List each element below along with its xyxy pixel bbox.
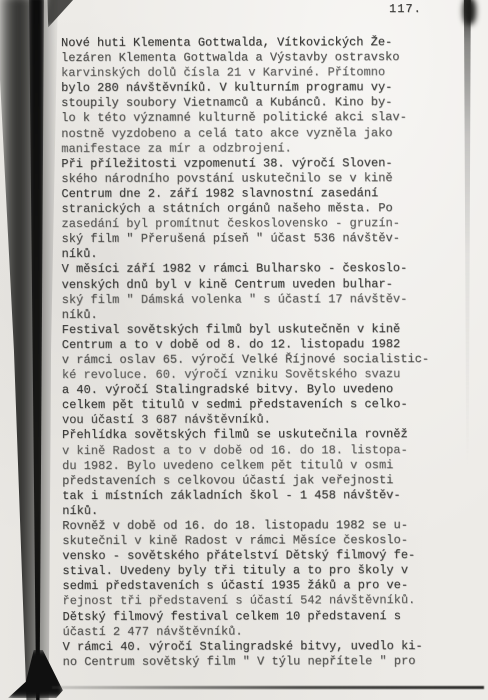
text-line: V rámci 40. výročí Stalingradské bitvy, … [63, 639, 443, 655]
text-line: karvinských dolů čísla 21 v Karviné. Pří… [61, 65, 441, 81]
text-line: nostně vyzdobeno a celá tato akce vyzněl… [61, 126, 441, 142]
text-line: níků. [62, 503, 442, 519]
text-line: ského národního povstání uskutečnilo se … [61, 171, 441, 187]
text-line: v rámci oslav 65. výročí Velké Říjnové s… [62, 352, 442, 368]
text-line: v kině Radost a to v době od 16. do 18. … [62, 443, 442, 459]
text-line: Festival sovětských filmů byl uskutečněn… [62, 322, 442, 338]
text-line: níků. [62, 246, 442, 262]
scanned-document-page: 117. Nové huti Klementa Gottwalda, Vítko… [0, 0, 488, 700]
text-line: účastí 2 477 návštěvníků. [63, 624, 443, 640]
text-line: ké revoluce. 60. výročí vzniku Sovětskéh… [62, 367, 442, 383]
text-line: Při příležitosti vzpomenutí 38. výročí S… [61, 156, 441, 172]
text-line: tak i místních základních škol - 1 458 n… [62, 488, 442, 504]
book-binding-shadow [0, 0, 58, 700]
text-line: ský film " Přerušená píseň " účast 536 n… [62, 231, 442, 247]
text-line: řejnost tři představení s účastí 542 náv… [62, 593, 442, 609]
text-line: stranických a státních orgánů našeho měs… [61, 201, 441, 217]
right-edge-crease [460, 0, 475, 466]
text-line: celkem pět titulů v sedmi představeních … [62, 397, 442, 413]
text-line: zasedání byl promítnut československo - … [61, 216, 441, 232]
text-line: představeních s celkovou účastí jak veře… [62, 473, 442, 489]
text-line: venských dnů byl v kině Centrum uveden b… [62, 277, 442, 293]
text-line: Centrum a to v době od 8. do 12. listopa… [62, 337, 442, 353]
text-line: stival. Uvedeny byly tři tituly a to pro… [62, 563, 442, 579]
text-line: ský film " Dámská volenka " s účastí 17 … [62, 292, 442, 308]
page-number: 117. [389, 2, 422, 16]
text-line: Dětský filmový festival celkem 10 předst… [63, 609, 443, 625]
text-line: V měsíci září 1982 v rámci Bulharsko - č… [62, 261, 442, 277]
text-line: du 1982. Bylo uvedeno celkem pět titulů … [62, 458, 442, 474]
typewritten-text: Nové huti Klementa Gottwalda, Vítkovický… [61, 35, 443, 670]
text-line: Nové huti Klementa Gottwalda, Vítkovický… [61, 35, 441, 51]
page-bottom-edge-line [52, 686, 484, 689]
binding-bottom-flare [8, 650, 64, 698]
text-line: vensko - sovětského přátelství Dětský fi… [62, 548, 442, 564]
text-line: Centrum dne 2. září 1982 slavnostní zase… [61, 186, 441, 202]
text-line: Rovněž v době od 16. do 18. listopadu 19… [62, 518, 442, 534]
text-line: no Centrum sovětský film " V týlu nepřít… [63, 654, 443, 670]
text-line: bylo 280 návštěvníků. V kulturním progra… [61, 80, 441, 96]
text-line: sedmi představeních s účastí 1935 žáků a… [62, 578, 442, 594]
text-line: lezáren Klementa Gottwalda a Výstavby os… [61, 50, 441, 66]
right-crease-dark-spot [463, 0, 476, 25]
text-line: níků. [62, 307, 442, 323]
text-line: manifestace za mír a odzbrojení. [61, 141, 441, 157]
text-line: a 40. výročí Stalingradské bitvy. Bylo u… [62, 382, 442, 398]
text-line: Přehlídka sovětských filmů se uskutečnil… [62, 427, 442, 443]
text-line: vou účastí 3 687 návštěvníků. [62, 412, 442, 428]
text-line: lo k této významné kulturně politické ak… [61, 110, 441, 126]
text-line: stoupily soubory Vietnamců a Kubánců. Ki… [61, 95, 441, 111]
text-line: skutečnil v kině Radost v rámci Měsíce č… [62, 533, 442, 549]
